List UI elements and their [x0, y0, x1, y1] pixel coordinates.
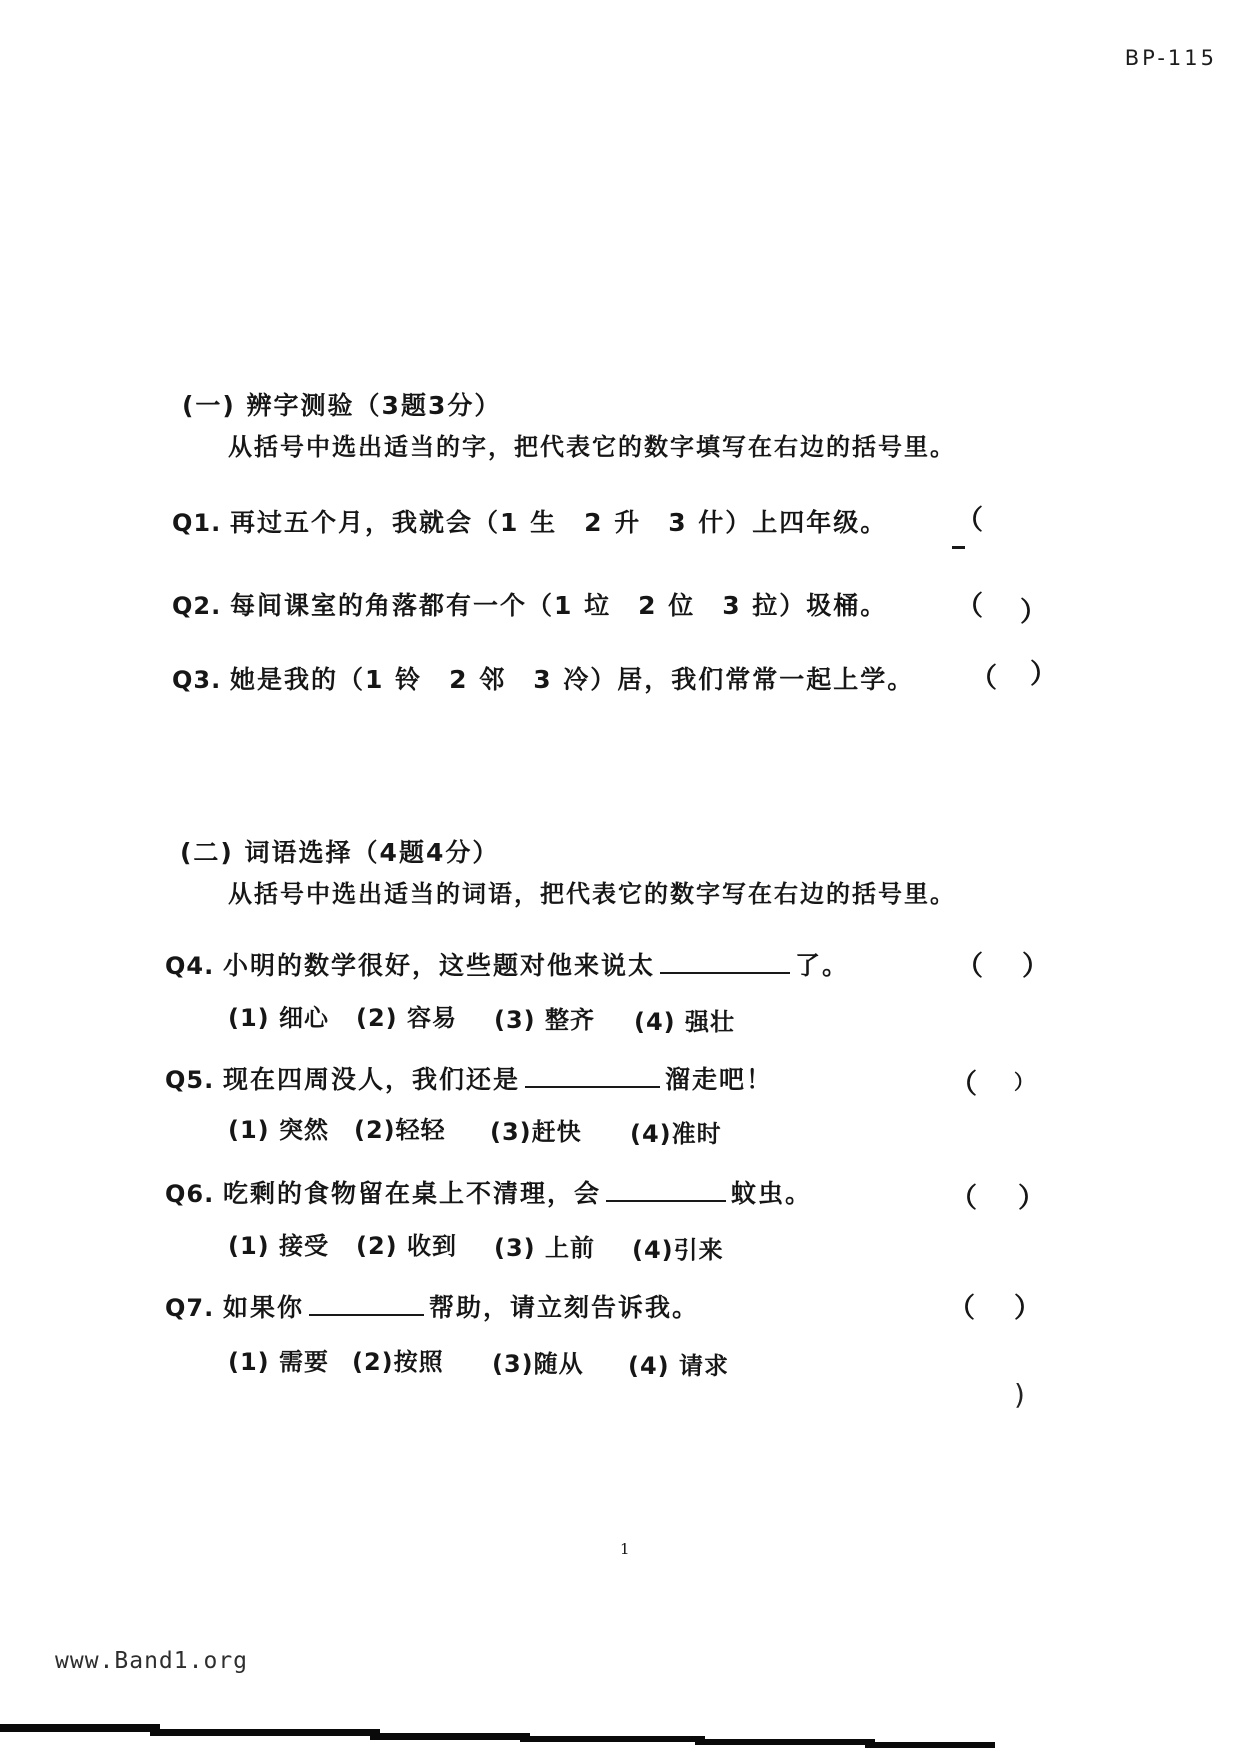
answer-bracket-close-q6: ） [1018, 1176, 1045, 1215]
question-text-after: 溜走吧！ [665, 1065, 773, 1094]
question-text-before: 如果你 [223, 1293, 304, 1322]
section-1-instruction: 从括号中选出适当的字，把代表它的数字填写在右边的括号里。 [228, 427, 956, 462]
question-text-before: 小明的数学很好，这些题对他来说太 [223, 951, 655, 980]
option-2: (2) 收到 [356, 1226, 457, 1261]
question-text-before: 现在四周没人，我们还是 [223, 1065, 520, 1094]
watermark: www.Band1.org [55, 1648, 248, 1674]
answer-bracket-open-q7: （ [948, 1286, 975, 1325]
question-label: Q4. [165, 952, 223, 980]
option-4: (4)引来 [632, 1230, 724, 1265]
section-2-heading: (二) 词语选择（4题4分） [180, 833, 499, 869]
option-3: (3)赶快 [490, 1112, 582, 1147]
answer-bracket-open-q5: （ [950, 1062, 977, 1101]
question-label: Q7. [165, 1294, 223, 1322]
answer-bracket-close-q4: ） [1022, 944, 1049, 983]
page-number: 1 [620, 1540, 630, 1558]
question-q3: Q3.她是我的（1 铃 2 邻 3 冷）居，我们常常一起上学。 [172, 660, 914, 696]
blank-line [660, 957, 790, 974]
scan-artifact-bar-segment [370, 1733, 530, 1740]
option-3: (3) 整齐 [494, 1000, 595, 1035]
question-text: 每间课室的角落都有一个（1 垃 2 位 3 拉）圾桶。 [230, 591, 887, 620]
answer-bracket-close-q2: ） [1020, 590, 1047, 629]
question-q4: Q4.小明的数学很好，这些题对他来说太了。 [165, 946, 849, 982]
option-4: (4)准时 [630, 1114, 722, 1149]
option-2: (2)按照 [352, 1342, 444, 1377]
doc-code: BP-115 [1125, 46, 1217, 70]
question-text-before: 吃剩的食物留在桌上不清理，会 [223, 1179, 601, 1208]
answer-bracket-open-q3: （ [970, 656, 997, 695]
question-label: Q5. [165, 1066, 223, 1094]
question-q6: Q6.吃剩的食物留在桌上不清理，会蚊虫。 [165, 1174, 812, 1210]
option-1: (1) 细心 [228, 998, 329, 1033]
question-label: Q2. [172, 592, 230, 620]
question-q1: Q1.再过五个月，我就会（1 生 2 升 3 什）上四年级。 [172, 503, 887, 539]
option-2: (2)轻轻 [354, 1110, 446, 1145]
option-1: (1) 需要 [228, 1342, 329, 1377]
blank-line [525, 1071, 660, 1088]
question-text: 再过五个月，我就会（1 生 2 升 3 什）上四年级。 [230, 508, 887, 537]
question-label: Q6. [165, 1180, 223, 1208]
scan-artifact-bar-segment [695, 1739, 875, 1745]
scan-artifact-bar-segment [150, 1729, 380, 1736]
question-q2: Q2.每间课室的角落都有一个（1 垃 2 位 3 拉）圾桶。 [172, 586, 887, 622]
answer-bracket-close-q7: ） [1014, 1286, 1041, 1325]
section-1-heading: (一) 辨字测验（3题3分） [182, 386, 501, 422]
question-q5: Q5.现在四周没人，我们还是溜走吧！ [165, 1060, 773, 1096]
answer-bracket-open-q6: （ [950, 1176, 977, 1215]
scan-artifact-bar-segment [0, 1724, 160, 1732]
question-q7: Q7.如果你帮助，请立刻告诉我。 [165, 1288, 699, 1324]
blank-line [606, 1185, 726, 1202]
scan-artifact-bar-segment [520, 1736, 705, 1742]
option-3: (3) 上前 [494, 1228, 595, 1263]
question-label: Q1. [172, 509, 230, 537]
option-1: (1) 接受 [228, 1226, 329, 1261]
question-text-after: 帮助，请立刻告诉我。 [429, 1293, 699, 1322]
stray-tick-mark-q1 [952, 546, 965, 549]
blank-line [309, 1299, 424, 1316]
question-text: 她是我的（1 铃 2 邻 3 冷）居，我们常常一起上学。 [230, 665, 914, 694]
question-label: Q3. [172, 666, 230, 694]
question-text-after: 蚊虫。 [731, 1179, 812, 1208]
scan-artifact-bar-segment [865, 1742, 995, 1748]
section-2-instruction: 从括号中选出适当的词语，把代表它的数字写在右边的括号里。 [228, 874, 956, 909]
option-4: (4) 请求 [628, 1346, 729, 1381]
option-2: (2) 容易 [356, 998, 457, 1033]
option-1: (1) 突然 [228, 1110, 329, 1145]
answer-bracket-close-q5: ） [1014, 1066, 1034, 1095]
answer-bracket-open-q1: （ [956, 498, 983, 537]
option-4: (4) 强壮 [634, 1002, 735, 1037]
option-3: (3)随从 [492, 1344, 584, 1379]
stray-mark: ) [1014, 1378, 1025, 1411]
answer-bracket-close-q3: ） [1030, 652, 1057, 691]
answer-bracket-open-q4: （ [956, 944, 983, 983]
question-text-after: 了。 [795, 951, 849, 980]
answer-bracket-open-q2: （ [956, 584, 983, 623]
